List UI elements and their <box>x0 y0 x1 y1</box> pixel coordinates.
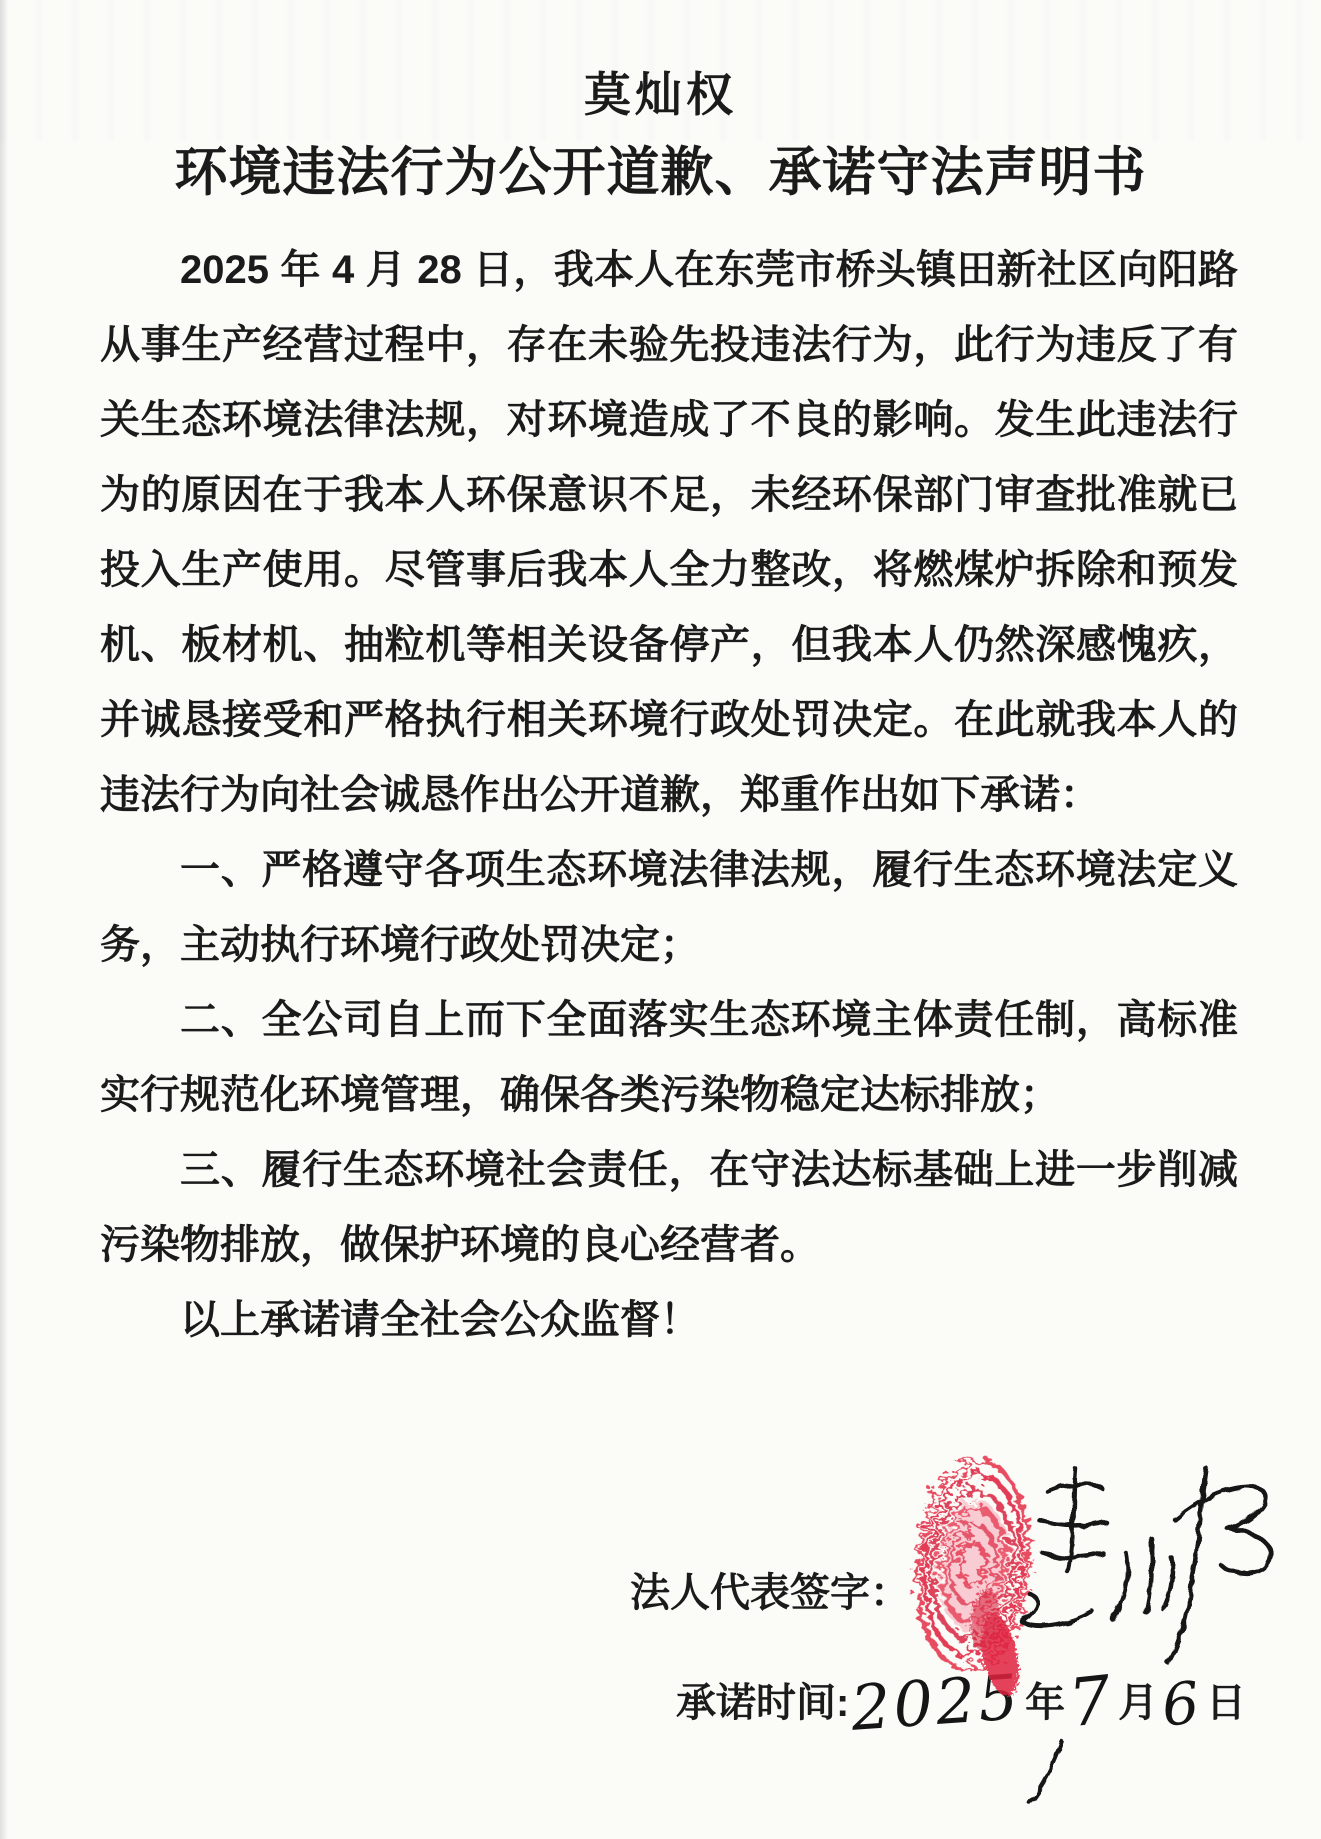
body-line: 二、全公司自上而下全面落实生态环境主体责任制，高标准 <box>100 983 1238 1058</box>
date-label: 承诺时间: <box>676 1681 849 1725</box>
year-unit: 年 <box>1025 1663 1065 1743</box>
date-row: 承诺时间:2025年7月6日 <box>676 1662 1250 1744</box>
body-line: 为的原因在于我本人环保意识不足，未经环保部门审查批准就已 <box>100 458 1238 533</box>
body-line: 并诚恳接受和严格执行相关环境行政处罚决定。在此就我本人的 <box>100 683 1238 758</box>
signature-row: 法人代表签字： <box>630 1556 910 1631</box>
fingerprint-stamp-icon <box>909 1457 1037 1674</box>
signature-handwriting <box>1022 1468 1271 1663</box>
body-line: 务，主动执行环境行政处罚决定； <box>100 908 1238 983</box>
body-line: 违法行为向社会诚恳作出公开道歉，郑重作出如下承诺： <box>100 758 1238 833</box>
body-line: 机、板材机、抽粒机等相关设备停产，但我本人仍然深感愧疚， <box>100 608 1238 683</box>
handwritten-day: 6 <box>1159 1662 1206 1745</box>
document-page: 莫灿权 环境违法行为公开道歉、承诺守法声明书 2025 年 4 月 28 日，我… <box>0 0 1321 1839</box>
body-line: 污染物排放，做保护环境的良心经营者。 <box>100 1208 1238 1283</box>
body-line: 一、严格遵守各项生态环境法律法规，履行生态环境法定义 <box>100 833 1238 908</box>
body-line: 关生态环境法律法规，对环境造成了不良的影响。发生此违法行 <box>100 383 1238 458</box>
document-title: 莫灿权 <box>0 58 1321 125</box>
body-line: 从事生产经营过程中，存在未验先投违法行为，此行为违反了有 <box>100 308 1238 383</box>
body-line: 以上承诺请全社会公众监督！ <box>100 1283 1238 1358</box>
handwritten-year: 2025 <box>849 1657 1024 1749</box>
signature-label: 法人代表签字： <box>630 1571 910 1615</box>
handwritten-month: 7 <box>1065 1660 1118 1744</box>
body-line: 投入生产使用。尽管事后我本人全力整改，将燃煤炉拆除和预发 <box>100 533 1238 608</box>
document-subtitle: 环境违法行为公开道歉、承诺守法声明书 <box>0 130 1321 206</box>
day-unit: 日 <box>1206 1663 1246 1743</box>
scan-edge-shadow <box>0 0 8 1839</box>
body-line: 三、履行生态环境社会责任，在守法达标基础上进一步削减 <box>100 1133 1238 1208</box>
body-line: 2025 年 4 月 28 日，我本人在东莞市桥头镇田新社区向阳路 <box>100 233 1238 308</box>
handwriting-stroke <box>1030 1742 1062 1803</box>
document-body: 2025 年 4 月 28 日，我本人在东莞市桥头镇田新社区向阳路从事生产经营过… <box>100 233 1238 1358</box>
body-line: 实行规范化环境管理，确保各类污染物稳定达标排放； <box>100 1058 1238 1133</box>
month-unit: 月 <box>1118 1663 1158 1743</box>
